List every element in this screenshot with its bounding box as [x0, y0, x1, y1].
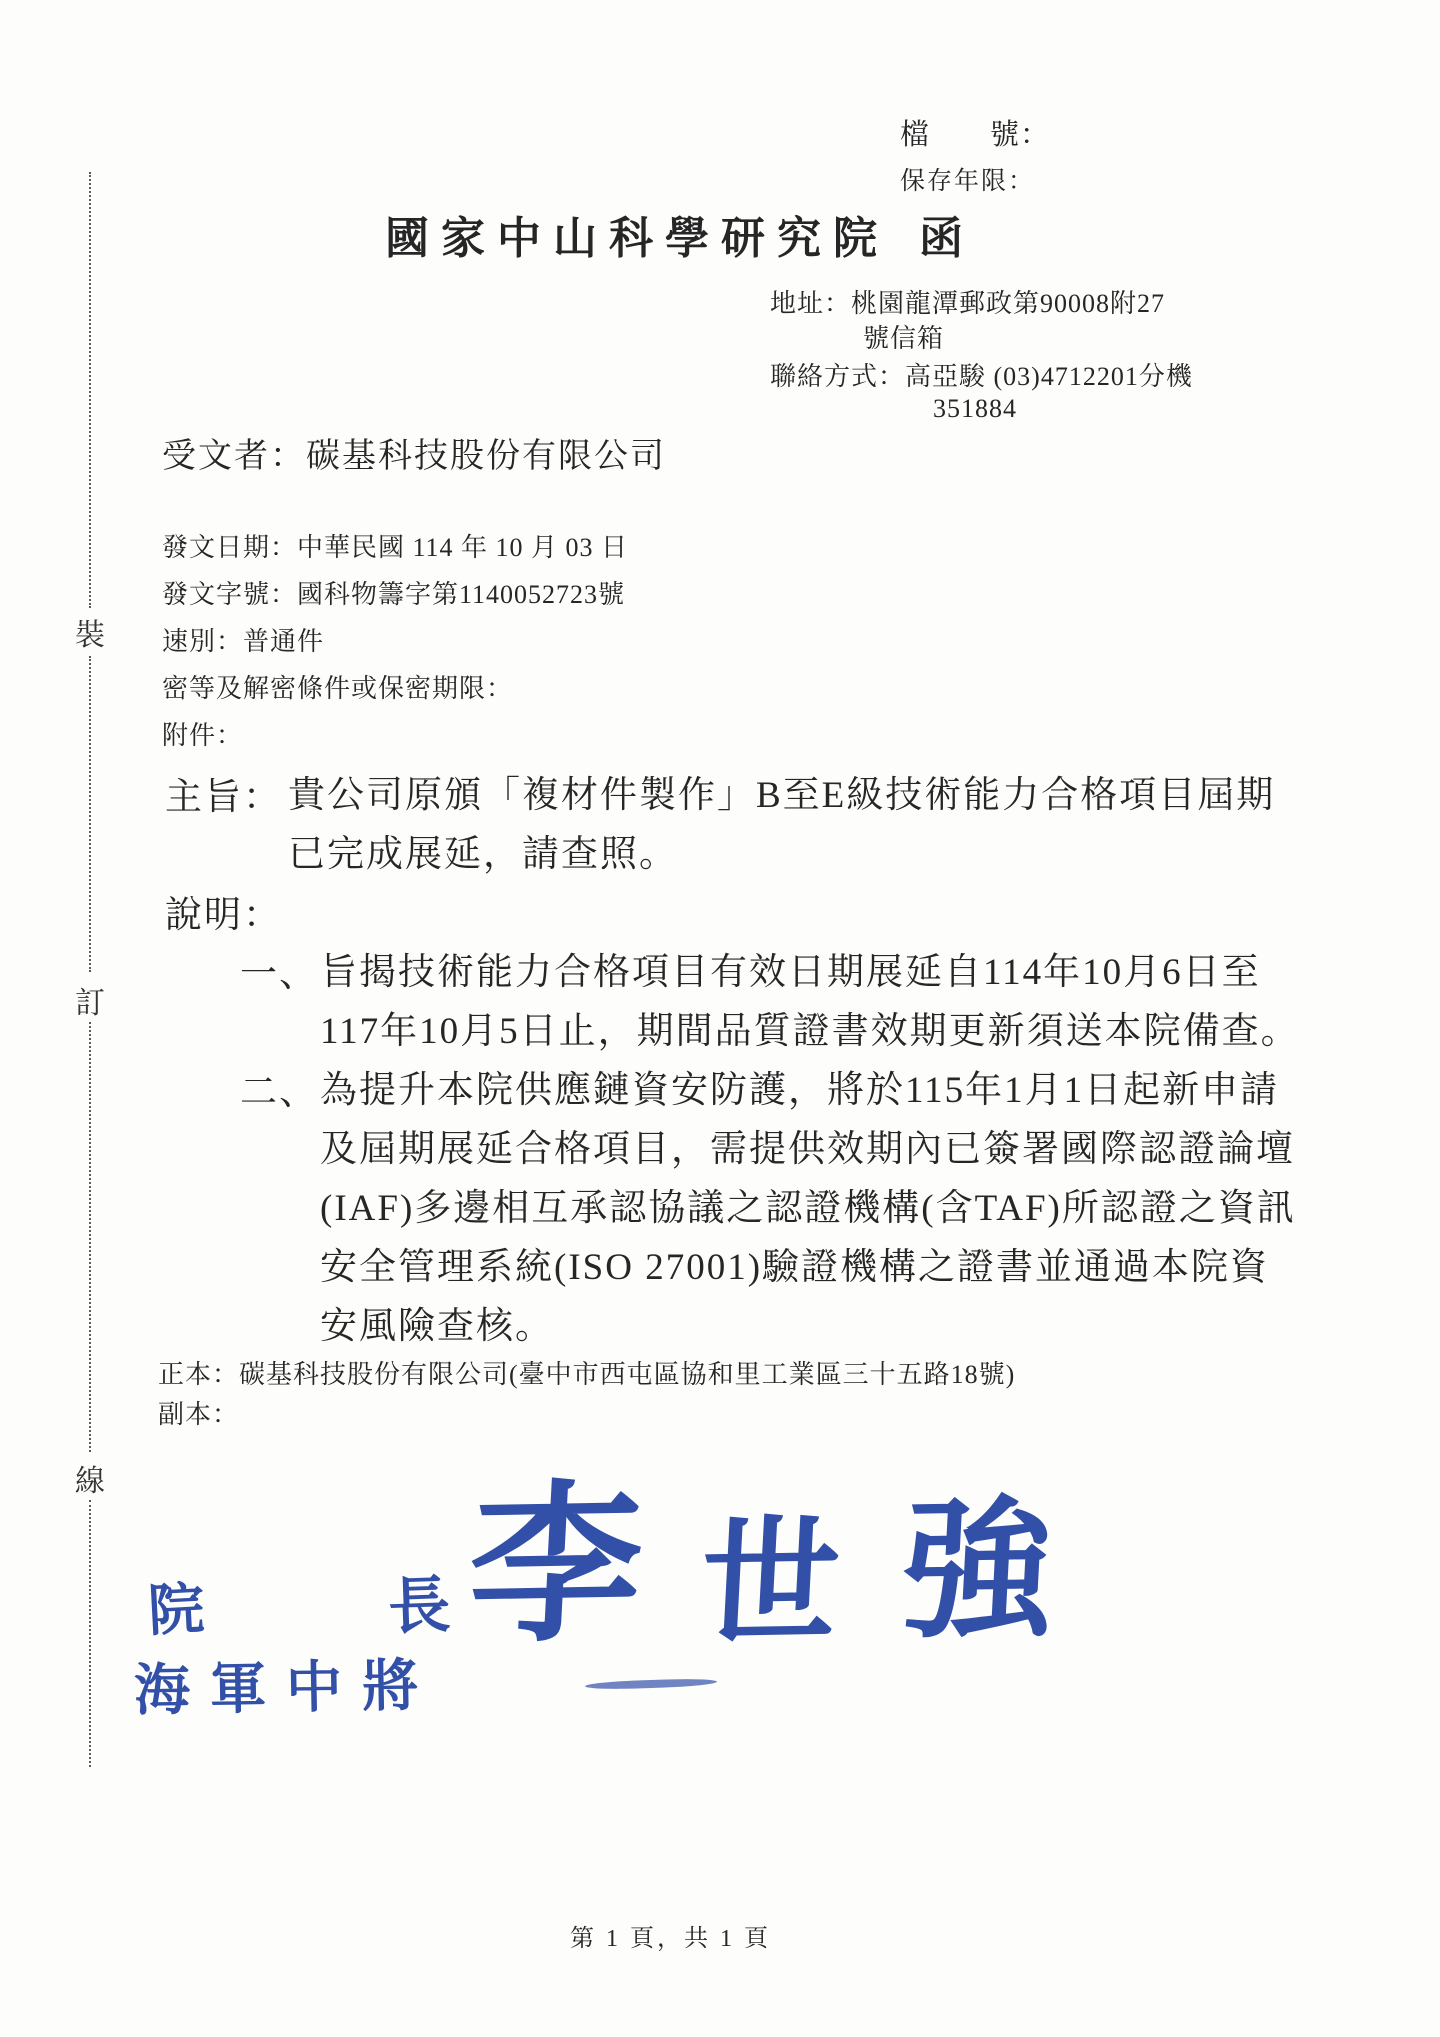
explanation-item2-line: 安全管理系統(ISO 27001)驗證機構之證書並通過本院資: [320, 1238, 1320, 1297]
binding-dotted-line-segment: [89, 656, 91, 972]
signature-title-yuan: 院: [146, 1565, 206, 1648]
subject-line: 貴公司原頒「複材件製作」B至E級技術能力合格項目屆期: [288, 766, 1293, 825]
signature-ink-smudge: [585, 1678, 717, 1691]
address-value: 桃園龍潭郵政第90008附27: [851, 289, 1165, 318]
distribution-cc-label: 副本：: [158, 1394, 239, 1431]
explanation-item2-line: (IAF)多邊相互承認協議之認證機構(含TAF)所認證之資訊: [320, 1179, 1320, 1238]
signature-title-chang: 長: [386, 1555, 451, 1646]
meta-issue-date: 發文日期：中華民國 114 年 10 月 03 日: [162, 524, 628, 571]
binding-mark-xian: 線: [70, 1456, 110, 1500]
binding-mark-ding: 訂: [70, 978, 110, 1022]
explanation-item1-text: 旨揭技術能力合格項目有效日期展延自114年10月6日至 117年10月5日止，期…: [320, 943, 1320, 1061]
signature-rank: 海軍中將: [133, 1641, 438, 1726]
explanation-item2-text: 為提升本院供應鏈資安防護，將於115年1月1日起新申請 及屆期展延合格項目，需提…: [320, 1061, 1320, 1356]
subject-label: 主旨：: [165, 766, 282, 820]
explanation-item1-line: 117年10月5日止，期間品質證書效期更新須送本院備查。: [320, 1002, 1320, 1061]
sender-contact-line2: 351884: [933, 394, 1017, 424]
binding-mark-zhuang: 裝: [70, 610, 110, 654]
org-name: 國家中山科學研究院: [385, 214, 889, 263]
subject-line: 已完成展延，請查照。: [288, 825, 1293, 884]
meta-attachments: 附件：: [162, 712, 628, 759]
explanation-item2-line: 安風險查核。: [320, 1297, 1320, 1356]
explanation-item2-line: 及屆期展延合格項目，需提供效期內已簽署國際認證論壇: [320, 1120, 1320, 1179]
document-title: 國家中山科學研究院函: [385, 202, 975, 266]
explanation-item2-line: 為提升本院供應鏈資安防護，將於115年1月1日起新申請: [320, 1061, 1320, 1120]
subject-text: 貴公司原頒「複材件製作」B至E級技術能力合格項目屆期 已完成展延，請查照。: [288, 766, 1293, 884]
retention-period-label: 保存年限：: [900, 161, 1035, 197]
sender-address-line1: 地址：桃園龍潭郵政第90008附27: [770, 283, 1165, 320]
signature-name-char: 李: [465, 1480, 646, 1655]
distribution-original: 正本：碳基科技股份有限公司(臺中市西屯區協和里工業區三十五路18號): [158, 1354, 1015, 1391]
sender-contact-line1: 聯絡方式：高亞駿 (03)4712201分機: [770, 356, 1193, 393]
sender-address-line2: 號信箱: [863, 318, 944, 355]
doc-type-letter: 函: [919, 214, 975, 263]
explanation-item1-line: 旨揭技術能力合格項目有效日期展延自114年10月6日至: [320, 943, 1320, 1002]
signature-name-char: 強: [898, 1495, 1058, 1650]
signature-name-char: 世: [697, 1515, 842, 1655]
recipient-line: 受文者：碳基科技股份有限公司: [162, 428, 666, 477]
binding-dotted-line-segment: [89, 1022, 91, 1452]
original-copy-value: 碳基科技股份有限公司(臺中市西屯區協和里工業區三十五路18號): [239, 1360, 1015, 1389]
explanation-item1-number: 一、: [240, 943, 318, 997]
recipient-name: 碳基科技股份有限公司: [306, 438, 666, 475]
original-copy-label: 正本：: [158, 1360, 239, 1389]
explanation-label: 說明：: [165, 884, 282, 938]
page-footer: 第 1 頁，共 1 頁: [570, 1918, 771, 1953]
meta-security-class: 密等及解密條件或保密期限：: [162, 665, 628, 712]
meta-reference-number: 發文字號：國科物籌字第1140052723號: [162, 571, 628, 618]
explanation-item2-number: 二、: [240, 1061, 318, 1115]
scanned-official-letter: 裝 訂 線 檔 號： 保存年限： 國家中山科學研究院函 地址：桃園龍潭郵政第90…: [0, 0, 1440, 2037]
signature-name-handwritten: 李 世 強: [465, 1473, 1059, 1659]
file-number-label: 檔 號：: [900, 112, 1050, 153]
binding-dotted-line-segment: [89, 1500, 91, 1767]
binding-dotted-line-segment: [89, 172, 91, 608]
recipient-label: 受文者：: [162, 438, 306, 475]
address-label: 地址：: [770, 289, 851, 318]
meta-priority: 速別：普通件: [162, 618, 628, 665]
document-meta: 發文日期：中華民國 114 年 10 月 03 日 發文字號：國科物籌字第114…: [162, 524, 628, 759]
